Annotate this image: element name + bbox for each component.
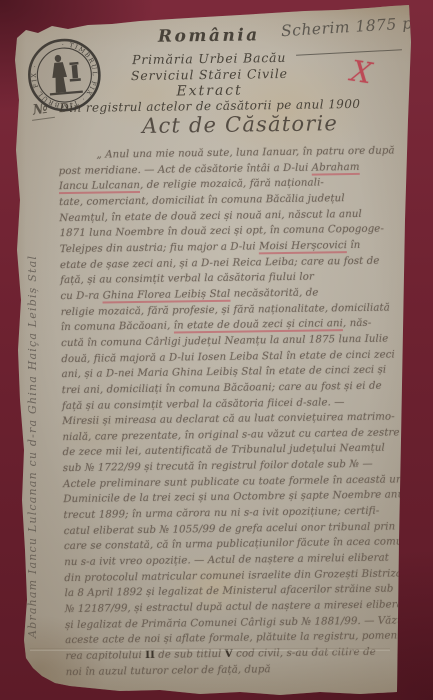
paper-crease: [30, 648, 390, 651]
body-text: „ Anul una mie nouă sute, luna Ianuar, î…: [58, 143, 417, 680]
margin-note: Abraham Iancu Lulcanan cu d-ra Ghina Hai…: [26, 176, 41, 638]
page-title: Act de Căsătorie: [70, 110, 410, 139]
document-photo: · TIMBRUL FIX · TIMBRUL FIX · № România: [0, 0, 433, 700]
paper-sheet: · TIMBRUL FIX · TIMBRUL FIX · № România: [0, 0, 433, 700]
paper-content: · TIMBRUL FIX · TIMBRUL FIX · № România: [0, 0, 433, 700]
